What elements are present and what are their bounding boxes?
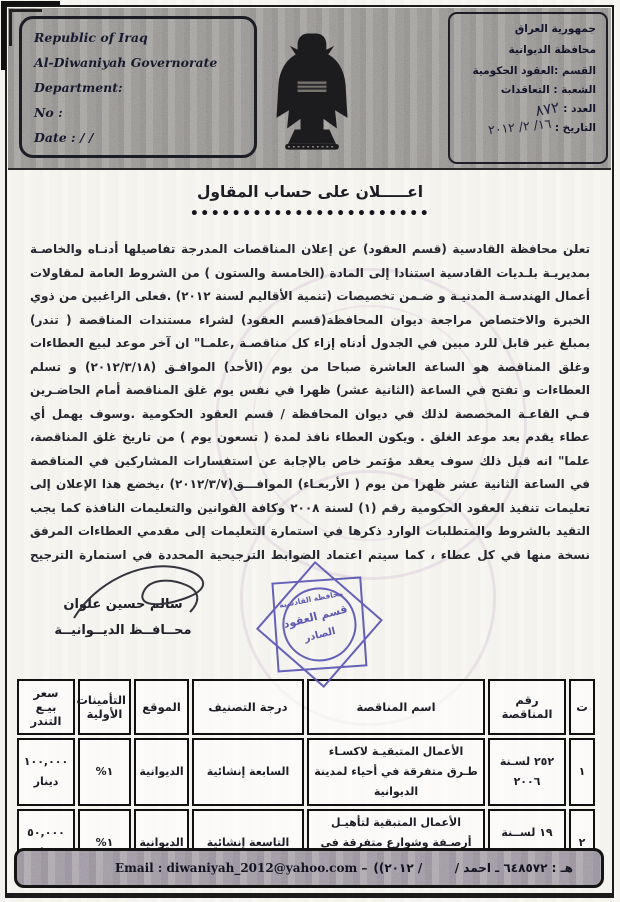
- footer-year-note: ((٢٠١٢ /: [373, 861, 422, 875]
- arabic-letterhead-box: جمهورية العراق محافظة الديوانية القسم :ا…: [448, 12, 608, 164]
- announcement-title: اعـــــلان على حساب المقاول: [0, 183, 620, 201]
- english-number-line: No :: [34, 100, 242, 125]
- col-header-tender-price: سعر بيـع التندر: [17, 679, 75, 735]
- col-header-tender-name: اسم المناقصة: [307, 679, 485, 735]
- scanned-document-page: Republic of Iraq Al-Diwaniyah Governorat…: [0, 0, 620, 902]
- cell-tender-price: ١٠٠,٠٠٠ دينار: [17, 738, 75, 806]
- arabic-number-line: العدد : ٨٧٢: [456, 99, 596, 118]
- document-date-handwritten: ١٦/ ٢/ ٢٠١٢: [487, 115, 552, 139]
- english-governorate-line: Al-Diwaniyah Governorate: [34, 50, 242, 75]
- arabic-branch-line: الشعبة : التعاقدات: [456, 82, 596, 99]
- arabic-department-line: القسم :العقود الحكومية: [456, 61, 596, 82]
- english-republic-line: Republic of Iraq: [34, 25, 242, 50]
- cell-tender-number: ٢٥٢ لسـنة ٢٠٠٦: [488, 738, 566, 806]
- document-date-label: التاريخ :: [555, 122, 596, 134]
- footer-contact-line: Email : diwaniyah_2012@yahoo.com – ((٢٠١…: [17, 851, 601, 885]
- iraq-eagle-emblem: [264, 24, 360, 160]
- frame-corner-accent: [9, 9, 42, 46]
- cell-tender-name: الأعمال المتبقيـة لاكسـاء طـرق متفرقة في…: [307, 738, 485, 806]
- cell-serial: ١: [569, 738, 595, 806]
- footer-email: Email : diwaniyah_2012@yahoo.com –: [115, 861, 367, 875]
- document-number-label: العدد :: [563, 103, 596, 115]
- arabic-date-line: التاريخ : ١٦/ ٢/ ٢٠١٢: [456, 118, 596, 137]
- col-header-serial: ت: [569, 679, 595, 735]
- english-department-line: Department:: [34, 75, 242, 100]
- announcement-body-paragraph: تعلن محافظة القادسية (قسم العقود) عن إعل…: [30, 238, 590, 563]
- arabic-governorate-line: محافظة الديوانية: [456, 40, 596, 61]
- english-date-line: Date : / /: [34, 125, 242, 150]
- footer-contact-bar: Email : diwaniyah_2012@yahoo.com – ((٢٠١…: [14, 848, 604, 888]
- table-row: ١ ٢٥٢ لسـنة ٢٠٠٦ الأعمال المتبقيـة لاكسـ…: [17, 738, 595, 806]
- col-header-tender-number: رقم المناقصة: [488, 679, 566, 735]
- footer-phone-number: هـ : ٦٤٨٥٧٢ ـ احمد /: [455, 861, 573, 875]
- cell-location: الديوانية: [134, 738, 189, 806]
- deposit-percent: %١: [96, 765, 114, 778]
- cell-deposit: %١: [78, 738, 131, 806]
- arabic-republic-line: جمهورية العراق: [456, 19, 596, 40]
- col-header-location: الموقع: [134, 679, 189, 735]
- handwritten-signature: [62, 560, 232, 630]
- title-dots-divider: •••••••••••••••••••••••: [0, 206, 620, 222]
- col-header-deposit: التأمينات الأولية: [78, 679, 131, 735]
- document-header: Republic of Iraq Al-Diwaniyah Governorat…: [8, 8, 611, 170]
- cell-classification: السابعة إنشائية: [192, 738, 304, 806]
